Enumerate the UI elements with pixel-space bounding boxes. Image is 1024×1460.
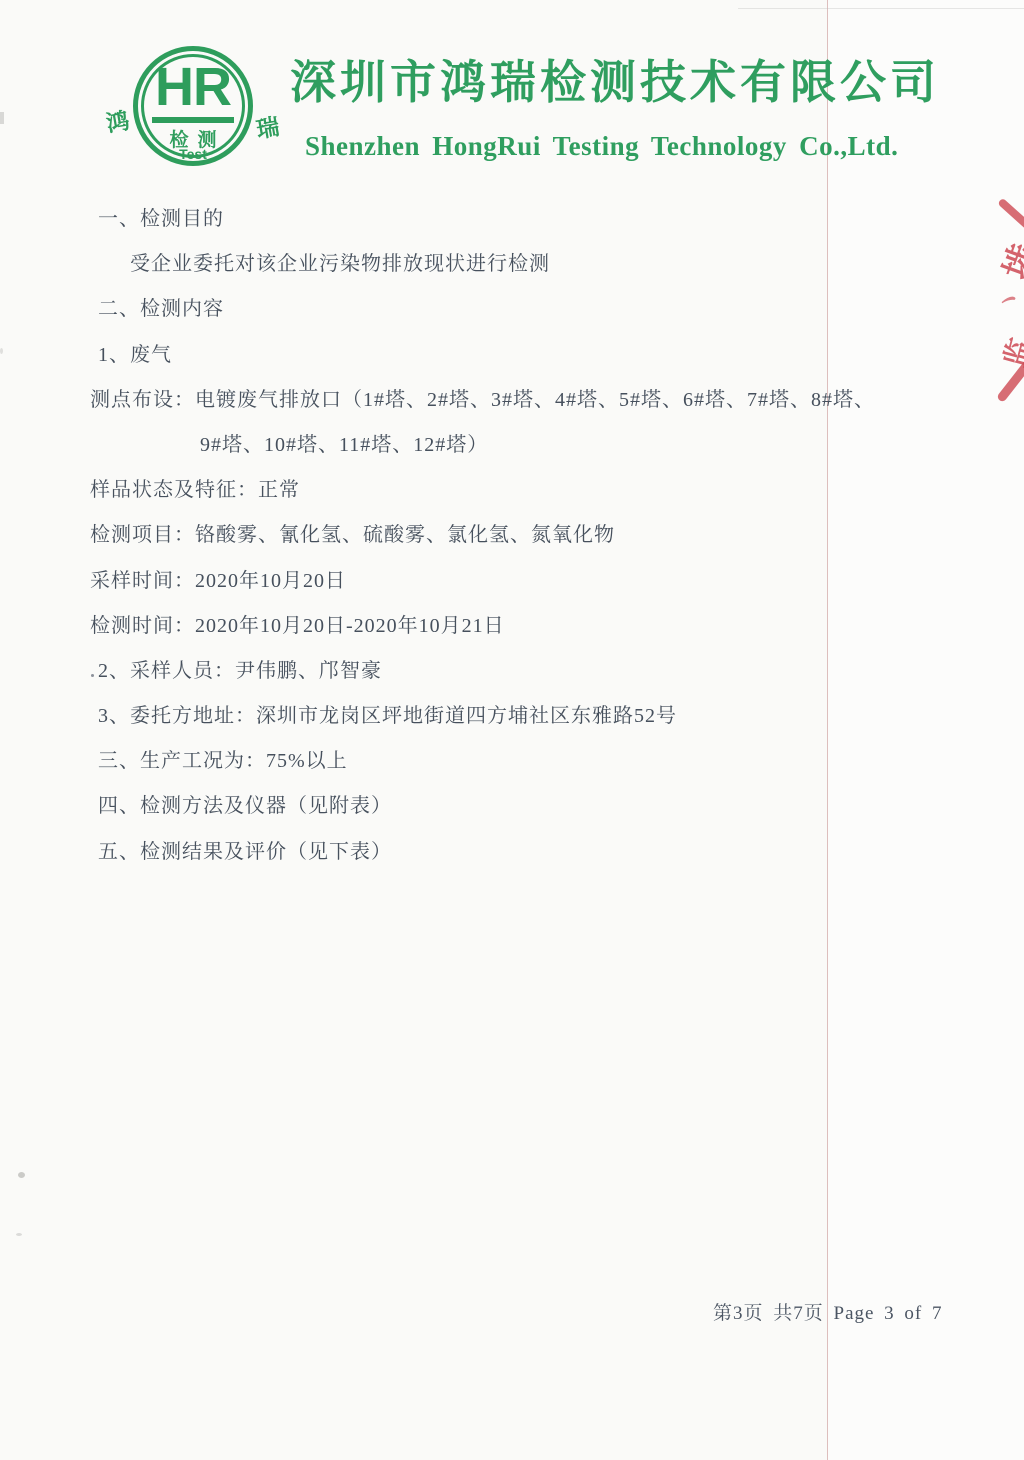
section-heading-2: 二、检测内容 <box>0 296 1024 341</box>
logo-divider-bar <box>152 117 233 123</box>
section-heading-4: 四、检测方法及仪器（见附表） <box>0 793 1024 838</box>
test-purpose-text: 受企业委托对该企业污染物排放现状进行检测 <box>0 251 1024 296</box>
scan-top-streak <box>738 8 1024 9</box>
logo-label-en: Test <box>138 146 248 162</box>
scan-speck <box>16 1233 22 1236</box>
report-page: 鸿 瑞 HR 检测 Test 深圳市鸿瑞检测技术有限公司 Shenzhen Ho… <box>0 0 1024 1460</box>
test-items-line: 检测项目：铬酸雾、氰化氢、硫酸雾、氯化氢、氮氧化物 <box>0 522 1024 567</box>
report-body: 一、检测目的 受企业委托对该企业污染物排放现状进行检测 二、检测内容 1、废气 … <box>0 206 1024 884</box>
sample-status-line: 样品状态及特征：正常 <box>0 477 1024 522</box>
sampling-personnel-line: 2、采样人员：尹伟鹏、邝智豪 <box>0 658 1024 703</box>
sampling-date-line: 采样时间：2020年10月20日 <box>0 568 1024 613</box>
logo-monogram: HR <box>138 60 248 114</box>
section-heading-3: 三、生产工况为：75%以上 <box>0 748 1024 793</box>
company-name-english: Shenzhen HongRui Testing Technology Co.,… <box>305 130 898 162</box>
subsection-waste-gas: 1、废气 <box>0 342 1024 387</box>
section-heading-1: 一、检测目的 <box>0 206 1024 251</box>
sampling-points-line-2: 9#塔、10#塔、11#塔、12#塔） <box>0 432 1024 477</box>
logo-right-char: 瑞 <box>253 108 281 144</box>
logo-circle-icon: HR 检测 Test <box>133 46 253 166</box>
logo-left-char: 鸿 <box>103 102 131 138</box>
client-address-line: 3、委托方地址：深圳市龙岗区坪地街道四方埔社区东雅路52号 <box>0 703 1024 748</box>
section-heading-5: 五、检测结果及评价（见下表） <box>0 839 1024 884</box>
sampling-points-line-1: 测点布设：电镀废气排放口（1#塔、2#塔、3#塔、4#塔、5#塔、6#塔、7#塔… <box>0 387 1024 432</box>
company-logo: 鸿 瑞 HR 检测 Test <box>104 42 284 174</box>
page-number: 第3页 共7页 Page 3 of 7 <box>713 1298 943 1325</box>
scan-speck <box>0 112 4 124</box>
scan-speck <box>18 1172 25 1178</box>
company-name-chinese: 深圳市鸿瑞检测技术有限公司 <box>290 56 940 110</box>
testing-date-line: 检测时间：2020年10月20日-2020年10月21日 <box>0 613 1024 658</box>
